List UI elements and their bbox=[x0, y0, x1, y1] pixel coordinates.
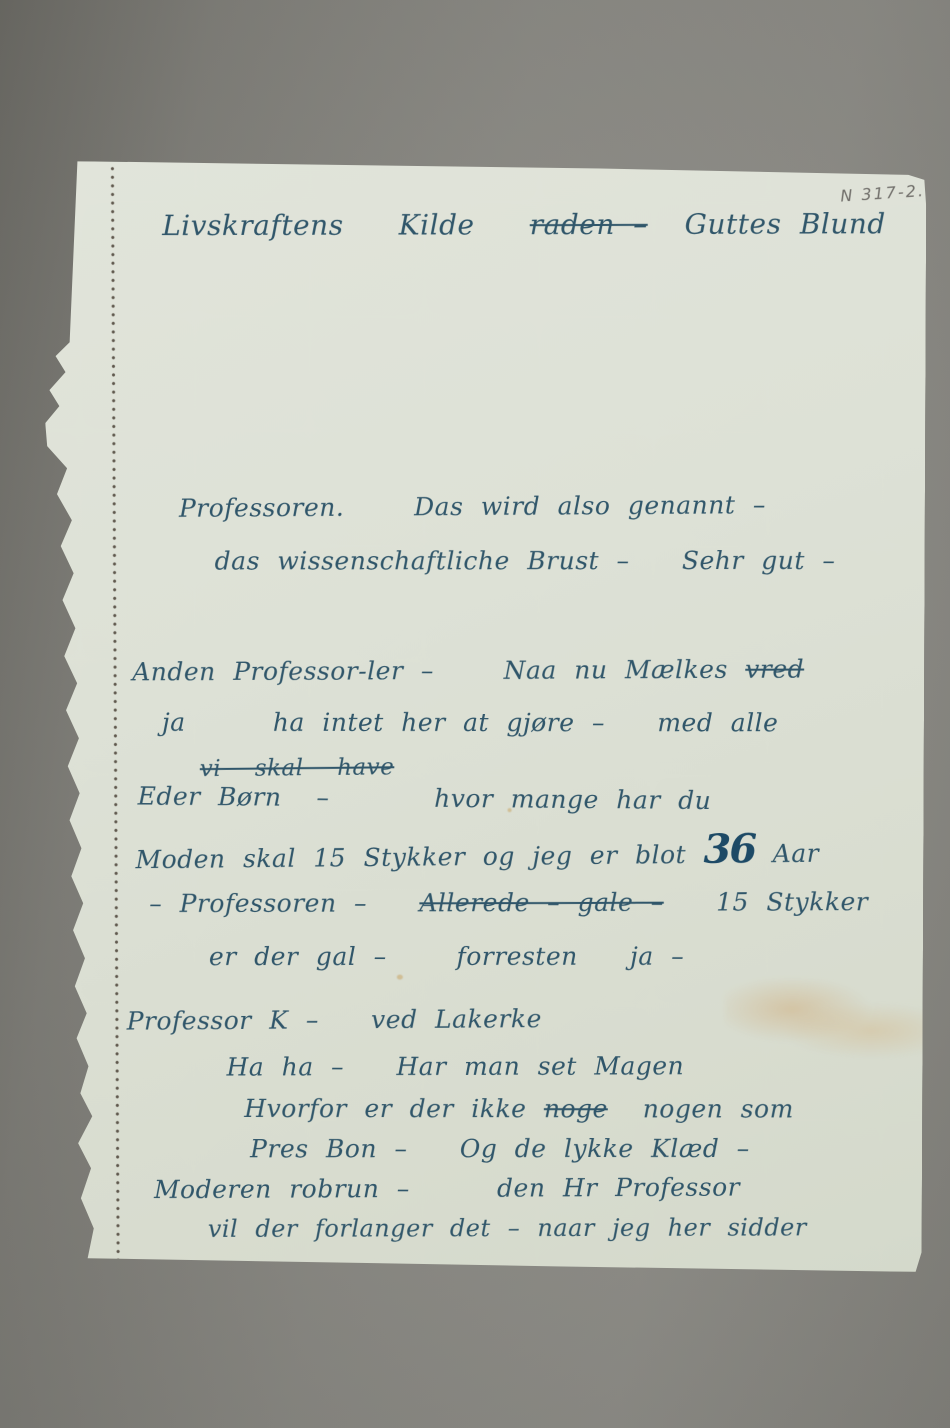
handwritten-text: Moderen robrun – den Hr Professor bbox=[154, 1173, 740, 1205]
handwritten-text: Eder Børn – hvor mange har du bbox=[138, 782, 712, 816]
struck-handwritten-text: noge bbox=[544, 1094, 608, 1123]
handwritten-line: Hvorfor er der ikke noge nogen som bbox=[244, 1094, 794, 1123]
handwritten-line: vi skal have bbox=[200, 754, 395, 782]
handwritten-text: Moden skal 15 Stykker og jeg er blot bbox=[135, 840, 703, 874]
handwritten-text: Professor K – ved Lakerke bbox=[127, 1004, 542, 1036]
struck-handwritten-text: vred bbox=[745, 654, 804, 683]
handwritten-line: das wissenschaftliche Brust – Sehr gut – bbox=[215, 546, 836, 576]
handwritten-line: Professoren. Das wird also genannt – bbox=[179, 490, 766, 523]
handwritten-text: Anden Professor-ler – Naa nu Mælkes bbox=[132, 655, 745, 687]
handwritten-line: ja ha intet her at gjøre – med alle bbox=[162, 708, 778, 738]
handwritten-line: Livskraftens Kilde raden – Guttes Blund bbox=[162, 207, 886, 242]
handwritten-text: 15 Stykker bbox=[664, 887, 869, 917]
handwritten-text: Professoren. Das wird also genannt – bbox=[179, 490, 766, 523]
handwritten-text: Pres Bon – Og de lykke Klæd – bbox=[250, 1134, 750, 1163]
handwritten-text: vil der forlanger det – naar jeg her sid… bbox=[208, 1213, 807, 1243]
handwritten-line: Professor K – ved Lakerke bbox=[127, 1004, 542, 1036]
handwritten-text: Hvorfor er der ikke bbox=[244, 1094, 544, 1123]
handwritten-line: Moderen robrun – den Hr Professor bbox=[154, 1173, 740, 1205]
struck-handwritten-text: raden – bbox=[530, 208, 648, 241]
handwritten-text: Ha ha – Har man set Magen bbox=[226, 1051, 684, 1081]
handwritten-text: das wissenschaftliche Brust – Sehr gut – bbox=[215, 546, 836, 576]
handwritten-text: Aar bbox=[755, 839, 819, 869]
handwritten-line: Anden Professor-ler – Naa nu Mælkes vred bbox=[132, 654, 804, 686]
handwritten-line: Ha ha – Har man set Magen bbox=[226, 1051, 684, 1081]
handwritten-text: ja ha intet her at gjøre – med alle bbox=[162, 708, 778, 738]
handwritten-text: nogen som bbox=[608, 1094, 794, 1123]
handwritten-text: 36 bbox=[703, 825, 755, 872]
handwriting-layer: Livskraftens Kilde raden – Guttes BlundP… bbox=[36, 158, 927, 1278]
struck-handwritten-text: vi skal have bbox=[200, 754, 395, 782]
handwritten-text: er der gal – forresten ja – bbox=[209, 942, 684, 971]
struck-handwritten-text: Allerede – gale – bbox=[419, 888, 664, 918]
handwritten-text: Livskraftens Kilde bbox=[162, 208, 530, 242]
manuscript-paper: N 317-2. Livskraftens Kilde raden – Gutt… bbox=[36, 158, 927, 1278]
handwritten-line: Eder Børn – hvor mange har du bbox=[138, 782, 712, 816]
handwritten-text: – Professoren – bbox=[149, 888, 419, 918]
handwritten-line: er der gal – forresten ja – bbox=[209, 942, 684, 971]
handwritten-line: Pres Bon – Og de lykke Klæd – bbox=[250, 1134, 750, 1163]
handwritten-line: – Professoren – Allerede – gale – 15 Sty… bbox=[149, 887, 868, 918]
handwritten-line: vil der forlanger det – naar jeg her sid… bbox=[208, 1213, 807, 1243]
handwritten-text: Guttes Blund bbox=[648, 207, 886, 241]
handwritten-line: Moden skal 15 Stykker og jeg er blot 36 … bbox=[135, 825, 819, 879]
